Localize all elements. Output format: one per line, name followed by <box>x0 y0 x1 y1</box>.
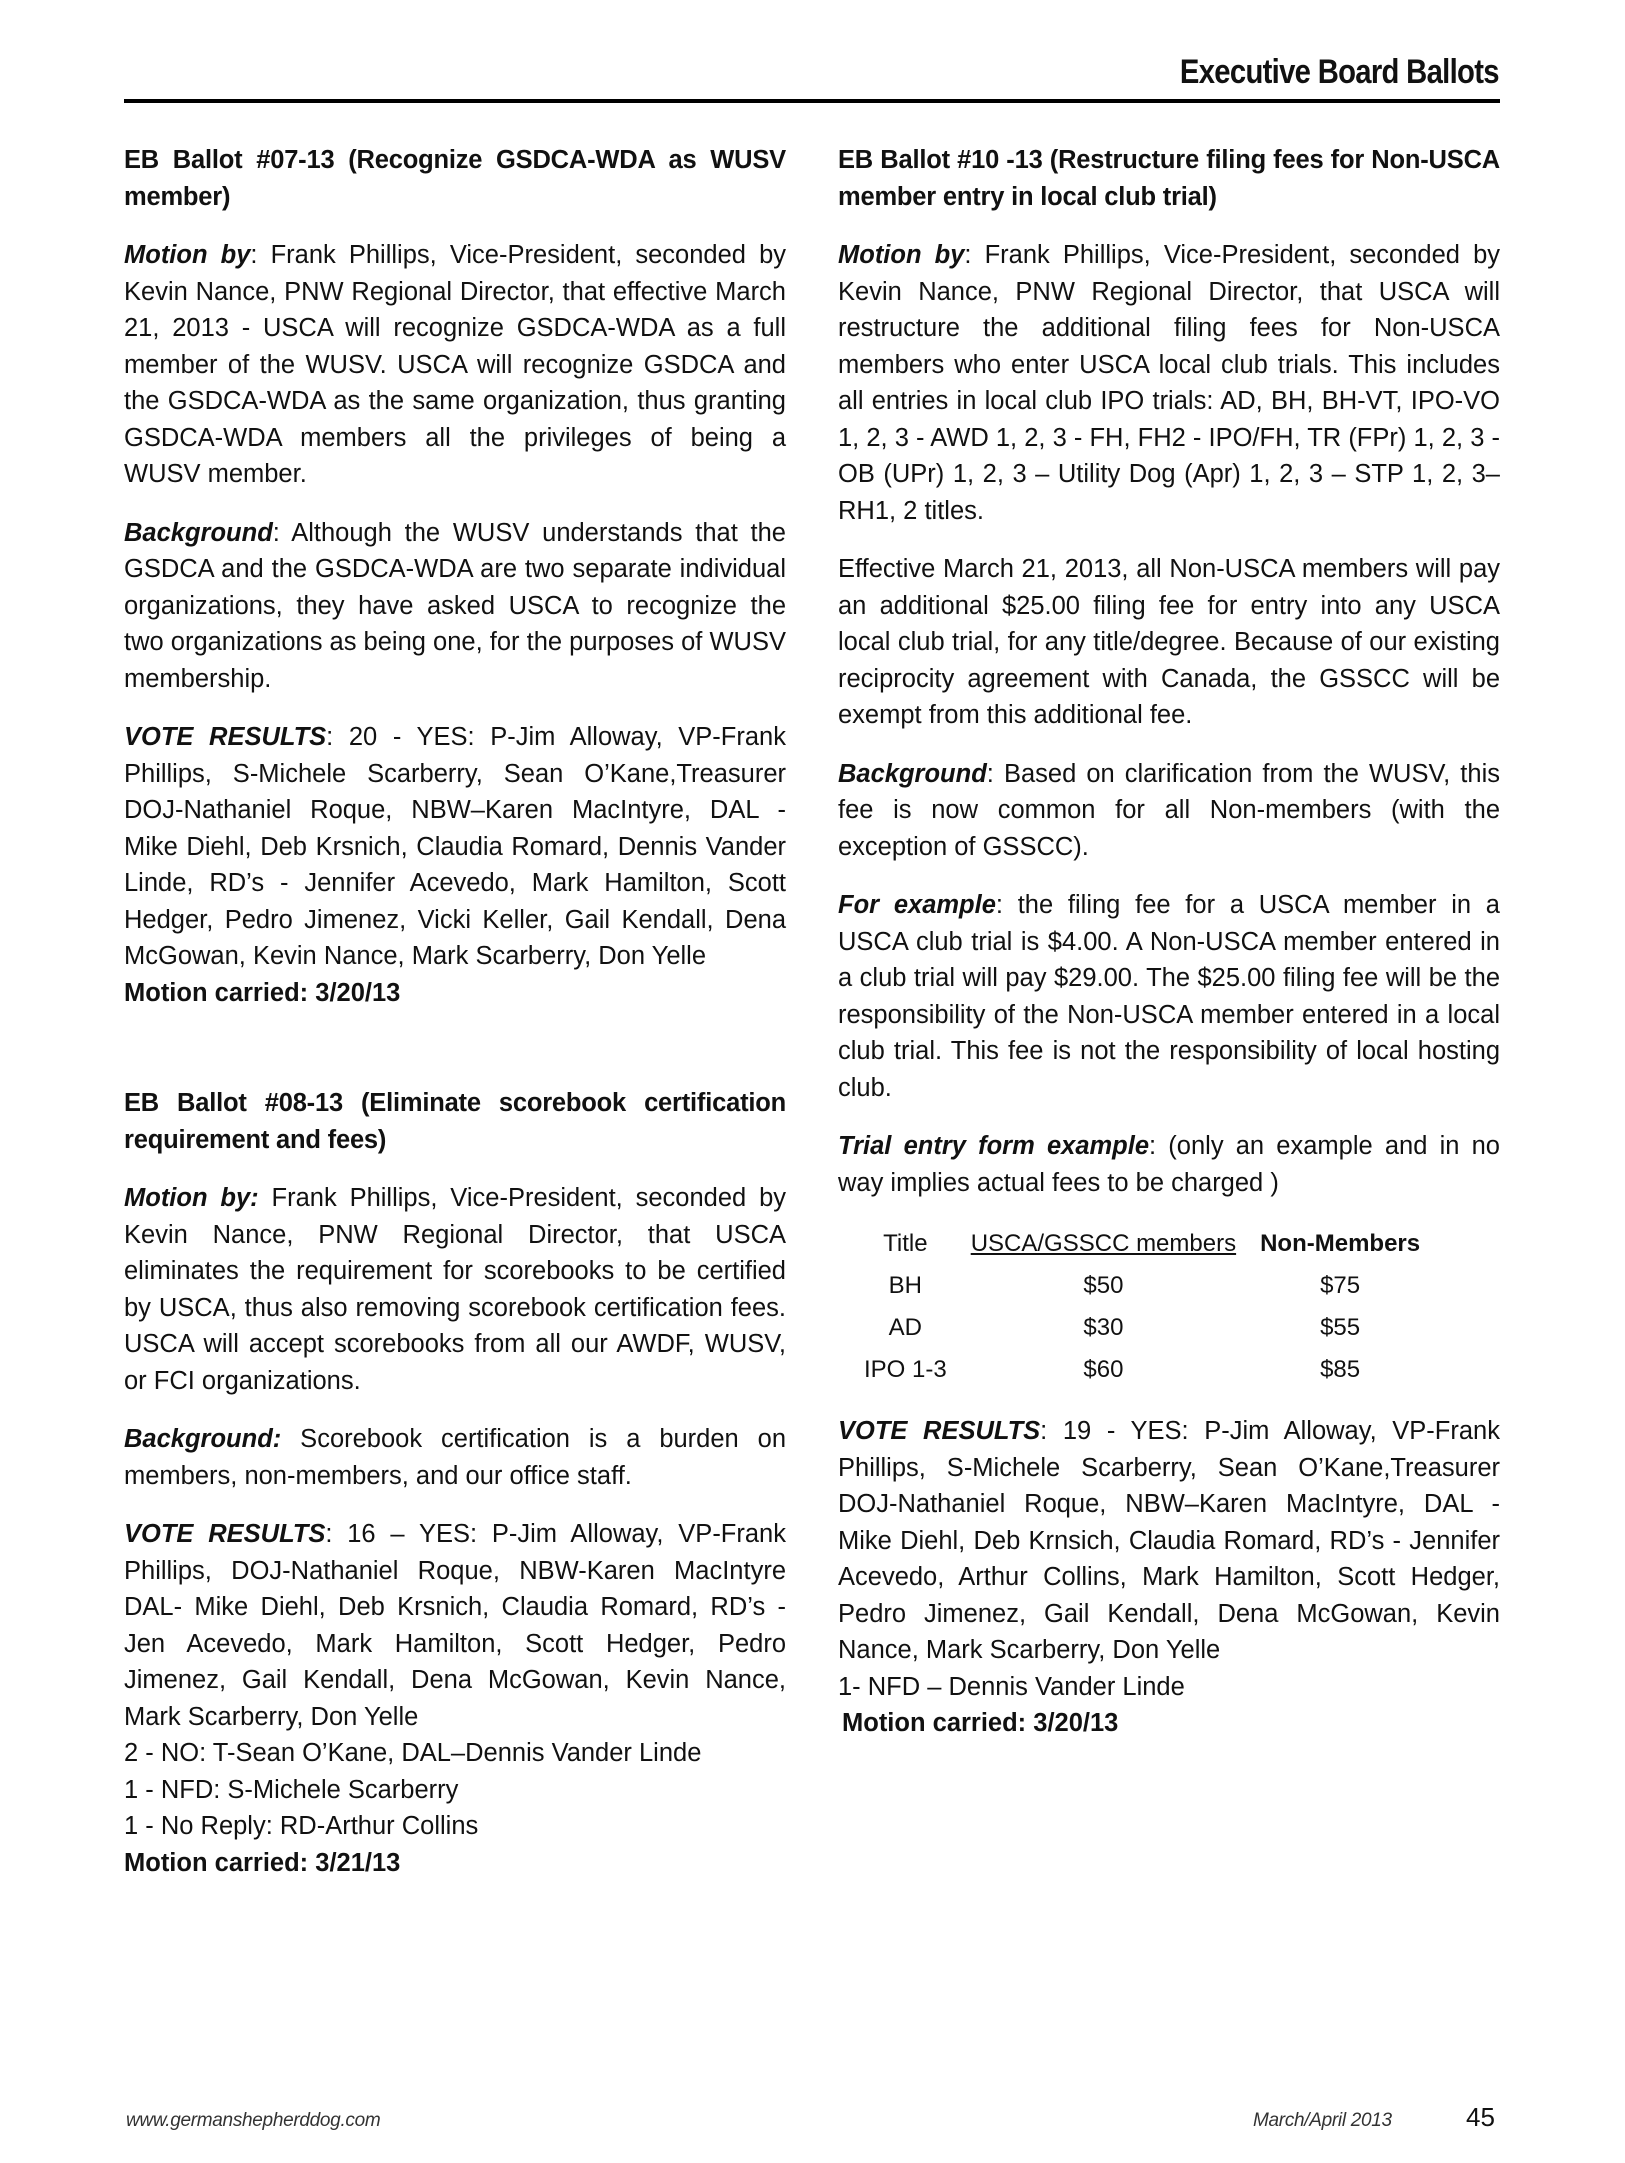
ballot-heading: EB Ballot #08-13 (Eliminate scorebook ce… <box>124 1085 786 1158</box>
vote-results-text: : 16 – YES: P-Jim Alloway, VP-Frank Phil… <box>124 1520 786 1731</box>
background-label: Background <box>124 519 273 547</box>
table-row: BH $50 $75 <box>852 1265 1432 1307</box>
ballot-07-13: EB Ballot #07-13 (Recognize GSDCA-WDA as… <box>124 142 786 1011</box>
header-non-members: Non-Members <box>1248 1223 1432 1265</box>
fee-table: Title USCA/GSSCC members Non-Members BH … <box>852 1223 1432 1391</box>
page-title: Executive Board Ballots <box>1180 52 1499 92</box>
vote-results-label: VOTE RESULTS <box>838 1417 1040 1445</box>
motion-text: : Frank Phillips, Vice-President, second… <box>124 241 786 488</box>
vote-results-label: VOTE RESULTS <box>124 723 326 751</box>
ballot-08-13: EB Ballot #08-13 (Eliminate scorebook ce… <box>124 1085 786 1881</box>
effective-paragraph: Effective March 21, 2013, all Non-USCA m… <box>838 551 1500 734</box>
example-label: For example <box>838 891 996 919</box>
cell-title: AD <box>852 1307 959 1349</box>
example-text: : the filing fee for a USCA member in a … <box>838 891 1500 1102</box>
vote-no-line: 2 - NO: T-Sean O’Kane, DAL–Dennis Vander… <box>124 1735 786 1772</box>
ballot-heading: EB Ballot #10 -13 (Restructure filing fe… <box>838 142 1500 215</box>
motion-paragraph: Motion by: Frank Phillips, Vice-Presiden… <box>124 1180 786 1399</box>
fee-table-header-row: Title USCA/GSSCC members Non-Members <box>852 1223 1432 1265</box>
cell-member-fee: $30 <box>959 1307 1248 1349</box>
vote-results-label: VOTE RESULTS <box>124 1520 325 1548</box>
background-label: Background <box>838 760 987 788</box>
page-number: 45 <box>1466 2102 1495 2133</box>
left-column: EB Ballot #07-13 (Recognize GSDCA-WDA as… <box>124 142 786 1881</box>
table-row: IPO 1-3 $60 $85 <box>852 1349 1432 1391</box>
right-column: EB Ballot #10 -13 (Restructure filing fe… <box>838 142 1500 1742</box>
section-gap <box>124 1011 786 1085</box>
motion-carried: Motion carried: 3/21/13 <box>124 1845 786 1882</box>
vote-results-paragraph: VOTE RESULTS: 16 – YES: P-Jim Alloway, V… <box>124 1516 786 1735</box>
cell-non-member-fee: $85 <box>1248 1349 1432 1391</box>
cell-title: IPO 1-3 <box>852 1349 959 1391</box>
cell-member-fee: $60 <box>959 1349 1248 1391</box>
vote-results-paragraph: VOTE RESULTS: 19 - YES: P-Jim Alloway, V… <box>838 1413 1500 1669</box>
cell-non-member-fee: $75 <box>1248 1265 1432 1307</box>
motion-paragraph: Motion by: Frank Phillips, Vice-Presiden… <box>838 237 1500 529</box>
motion-carried: Motion carried: 3/20/13 <box>838 1705 1500 1742</box>
header-usca-members: USCA/GSSCC members <box>959 1223 1248 1265</box>
ballot-10-13: EB Ballot #10 -13 (Restructure filing fe… <box>838 142 1500 1742</box>
example-paragraph: For example: the filing fee for a USCA m… <box>838 887 1500 1106</box>
background-label: Background: <box>124 1425 281 1453</box>
motion-text: : Frank Phillips, Vice-President, second… <box>838 241 1500 525</box>
vote-results-text: : 19 - YES: P-Jim Alloway, VP-Frank Phil… <box>838 1417 1500 1664</box>
header-rule <box>124 99 1500 103</box>
header-title: Title <box>852 1223 959 1265</box>
background-paragraph: Background: Based on clarification from … <box>838 756 1500 866</box>
table-row: AD $30 $55 <box>852 1307 1432 1349</box>
motion-label: Motion by <box>124 241 250 269</box>
vote-results-paragraph: VOTE RESULTS: 20 - YES: P-Jim Alloway, V… <box>124 719 786 975</box>
motion-paragraph: Motion by: Frank Phillips, Vice-Presiden… <box>124 237 786 493</box>
motion-carried: Motion carried: 3/20/13 <box>124 975 786 1012</box>
footer-issue-date: March/April 2013 <box>1253 2110 1392 2132</box>
background-paragraph: Background: Although the WUSV understand… <box>124 515 786 698</box>
motion-label: Motion by: <box>124 1184 259 1212</box>
form-example-paragraph: Trial entry form example: (only an examp… <box>838 1128 1500 1201</box>
vote-nfd-line: 1 - NFD: S-Michele Scarberry <box>124 1772 786 1809</box>
cell-title: BH <box>852 1265 959 1307</box>
cell-member-fee: $50 <box>959 1265 1248 1307</box>
background-paragraph: Background: Scorebook certification is a… <box>124 1421 786 1494</box>
motion-label: Motion by <box>838 241 964 269</box>
ballot-heading: EB Ballot #07-13 (Recognize GSDCA-WDA as… <box>124 142 786 215</box>
vote-results-text: : 20 - YES: P-Jim Alloway, VP-Frank Phil… <box>124 723 786 970</box>
motion-text: Frank Phillips, Vice-President, seconded… <box>124 1184 786 1395</box>
cell-non-member-fee: $55 <box>1248 1307 1432 1349</box>
vote-nfd-line: 1- NFD – Dennis Vander Linde <box>838 1669 1500 1706</box>
vote-no-reply-line: 1 - No Reply: RD-Arthur Collins <box>124 1808 786 1845</box>
form-example-label: Trial entry form example <box>838 1132 1149 1160</box>
footer-website-url: www.germanshepherddog.com <box>126 2110 380 2132</box>
